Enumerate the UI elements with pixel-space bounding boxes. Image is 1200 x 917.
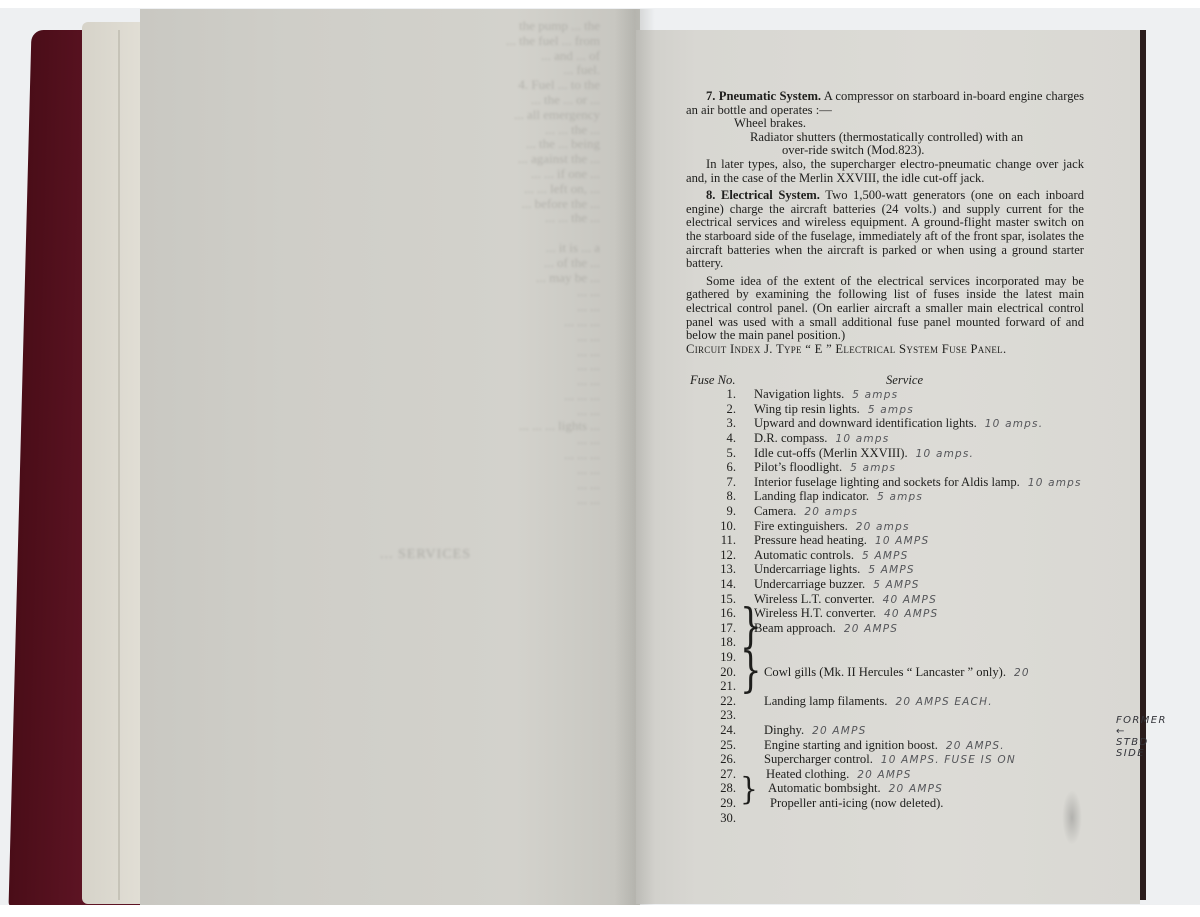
section-7-item-wheel-brakes: Wheel brakes. [686, 117, 1084, 131]
handwritten-amp-note: 20 AMPS [889, 783, 943, 795]
header-service: Service [886, 374, 923, 388]
fuse-row: 26.Supercharger control.10 AMPS. FUSE IS… [686, 753, 1084, 768]
fuse-row: 13.Undercarriage lights.5 AMPS [686, 563, 1084, 578]
handwritten-amp-note: 5 amps [850, 462, 896, 474]
section-8-number: 8. [706, 188, 715, 202]
handwritten-amp-note: 20 AMPS [857, 769, 911, 781]
fuse-table-header: Fuse No. Service [686, 374, 1084, 388]
handwritten-amp-note: 10 AMPS [875, 535, 929, 547]
fuse-row: 7.Interior fuselage lighting and sockets… [686, 476, 1084, 491]
background-surface-bottom [0, 905, 1200, 917]
fuse-row: 5.Idle cut-offs (Merlin XXVIII).10 amps. [686, 447, 1084, 462]
page-smudge [1062, 790, 1082, 845]
left-page-bleed-through-text: the pump ... the ... the fuel ... from .… [180, 19, 600, 507]
page-stack-line [118, 30, 120, 900]
fuse-row: 30. [686, 812, 1084, 827]
right-page: 7. Pneumatic System. A compressor on sta… [636, 30, 1140, 904]
fuse-row: 12.Automatic controls.5 AMPS [686, 549, 1084, 564]
header-fuse-no: Fuse No. [690, 374, 735, 388]
handwritten-amp-note: 40 AMPS [884, 608, 938, 620]
fuse-row: 25.Engine starting and ignition boost.20… [686, 739, 1084, 754]
handwritten-amp-note: 10 amps [1028, 477, 1082, 489]
handwritten-amp-note: 20 amps [804, 506, 858, 518]
fuse-row: 9.Camera.20 amps [686, 505, 1084, 520]
handwritten-amp-note: 10 AMPS. FUSE IS ON [881, 754, 1016, 766]
handwritten-amp-note: 10 amps [835, 433, 889, 445]
handwritten-amp-note: 10 amps. [985, 418, 1043, 430]
section-7-item-override: over-ride switch (Mod.823). [686, 144, 1084, 158]
section-8-title: Electrical System. [721, 188, 820, 202]
circuit-index-heading: Circuit Index J. Type “ E ” Electrical S… [686, 343, 1084, 357]
fuse-row: 4.D.R. compass.10 amps [686, 432, 1084, 447]
handwritten-side-note: FORMER ← STBD SIDE [1116, 715, 1167, 759]
brace-29-30: } [740, 782, 758, 797]
book-gutter-shadow [615, 9, 655, 905]
handwritten-amp-note: 20 [1014, 667, 1030, 679]
handwritten-amp-note: 20 amps [856, 521, 910, 533]
section-7-later-types: In later types, also, the supercharger e… [686, 158, 1084, 185]
section-7-title: Pneumatic System. [719, 89, 821, 103]
handwritten-amp-note: 5 AMPS [873, 579, 919, 591]
section-8-para2: Some idea of the extent of the electrica… [686, 275, 1084, 343]
fuse-row: 2.Wing tip resin lights.5 amps [686, 403, 1084, 418]
handwritten-amp-note: 5 amps [877, 491, 923, 503]
brace-21-23: } [740, 662, 762, 681]
left-page: the pump ... the ... the fuel ... from .… [140, 9, 640, 905]
handwritten-amp-note: 5 amps [868, 404, 914, 416]
handwritten-amp-note: 40 AMPS [883, 594, 937, 606]
fuse-row: 8.Landing flap indicator.5 amps [686, 490, 1084, 505]
fuse-row: 1.Navigation lights.5 amps [686, 388, 1084, 403]
section-7-intro: 7. Pneumatic System. A compressor on sta… [686, 90, 1084, 117]
section-8-body: 8. Electrical System. Two 1,500-watt gen… [686, 189, 1084, 271]
handwritten-amp-note: 20 AMPS EACH. [895, 696, 992, 708]
left-page-bleed-heading: ... SERVICES [380, 547, 471, 563]
right-page-text: 7. Pneumatic System. A compressor on sta… [686, 90, 1084, 826]
handwritten-amp-note: 10 amps. [916, 448, 974, 460]
handwritten-amp-note: 5 AMPS [868, 564, 914, 576]
handwritten-amp-note: 20 AMPS [844, 623, 898, 635]
fuse-row: 6.Pilot’s floodlight.5 amps [686, 461, 1084, 476]
section-7-number: 7. [706, 89, 715, 103]
fuse-row: 11.Pressure head heating.10 AMPS [686, 534, 1084, 549]
fuse-row: 14.Undercarriage buzzer.5 AMPS [686, 578, 1084, 593]
handwritten-amp-note: 5 AMPS [862, 550, 908, 562]
fuse-row: 10.Fire extinguishers.20 amps [686, 520, 1084, 535]
fuse-table: Fuse No. Service 1.Navigation lights.5 a… [686, 374, 1084, 826]
handwritten-amp-note: 5 amps [852, 389, 898, 401]
handwritten-amp-note: 20 AMPS [812, 725, 866, 737]
brace-18-20: } [740, 618, 762, 637]
handwritten-amp-note: 20 AMPS. [946, 740, 1005, 752]
section-7-item-radiator: Radiator shutters (thermostatically cont… [686, 131, 1084, 145]
fuse-row: 24.Dinghy.20 AMPS [686, 724, 1084, 739]
fuse-row: 3.Upward and downward identification lig… [686, 417, 1084, 432]
fuse-row: 23. [686, 709, 1084, 724]
background-surface-top [0, 0, 1200, 8]
